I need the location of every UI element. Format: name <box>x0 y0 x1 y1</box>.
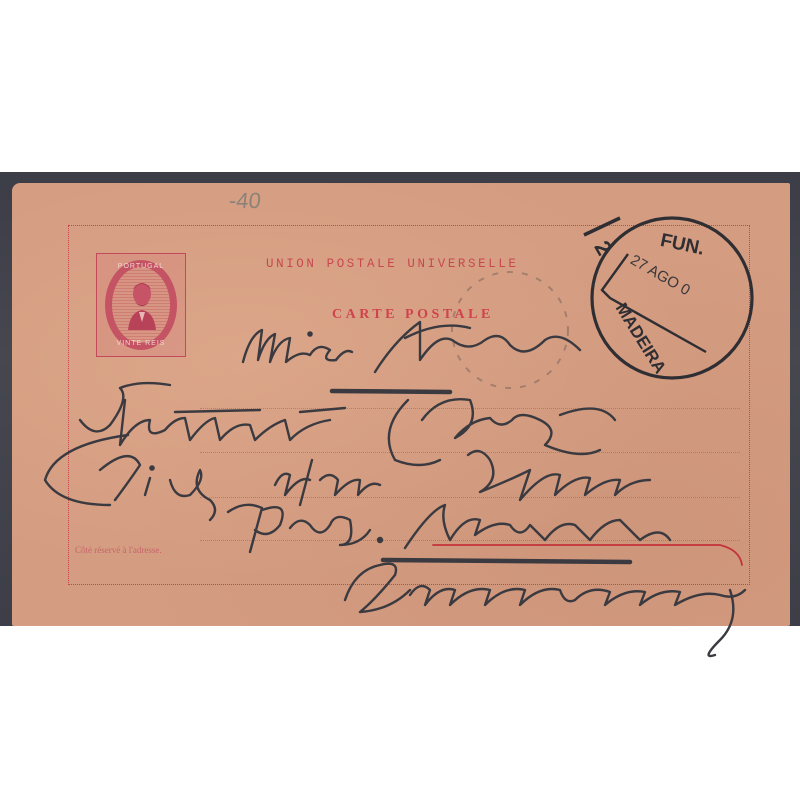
postmark-date: 27 AGO 0 <box>627 251 693 299</box>
handwriting-and-postmark: FUN. 27 AGO 0 MADEIRA 2 <box>0 0 800 800</box>
faint-postmark <box>452 272 568 388</box>
postmark-region: MADEIRA <box>612 300 670 377</box>
postmark-town: FUN. <box>658 230 706 260</box>
